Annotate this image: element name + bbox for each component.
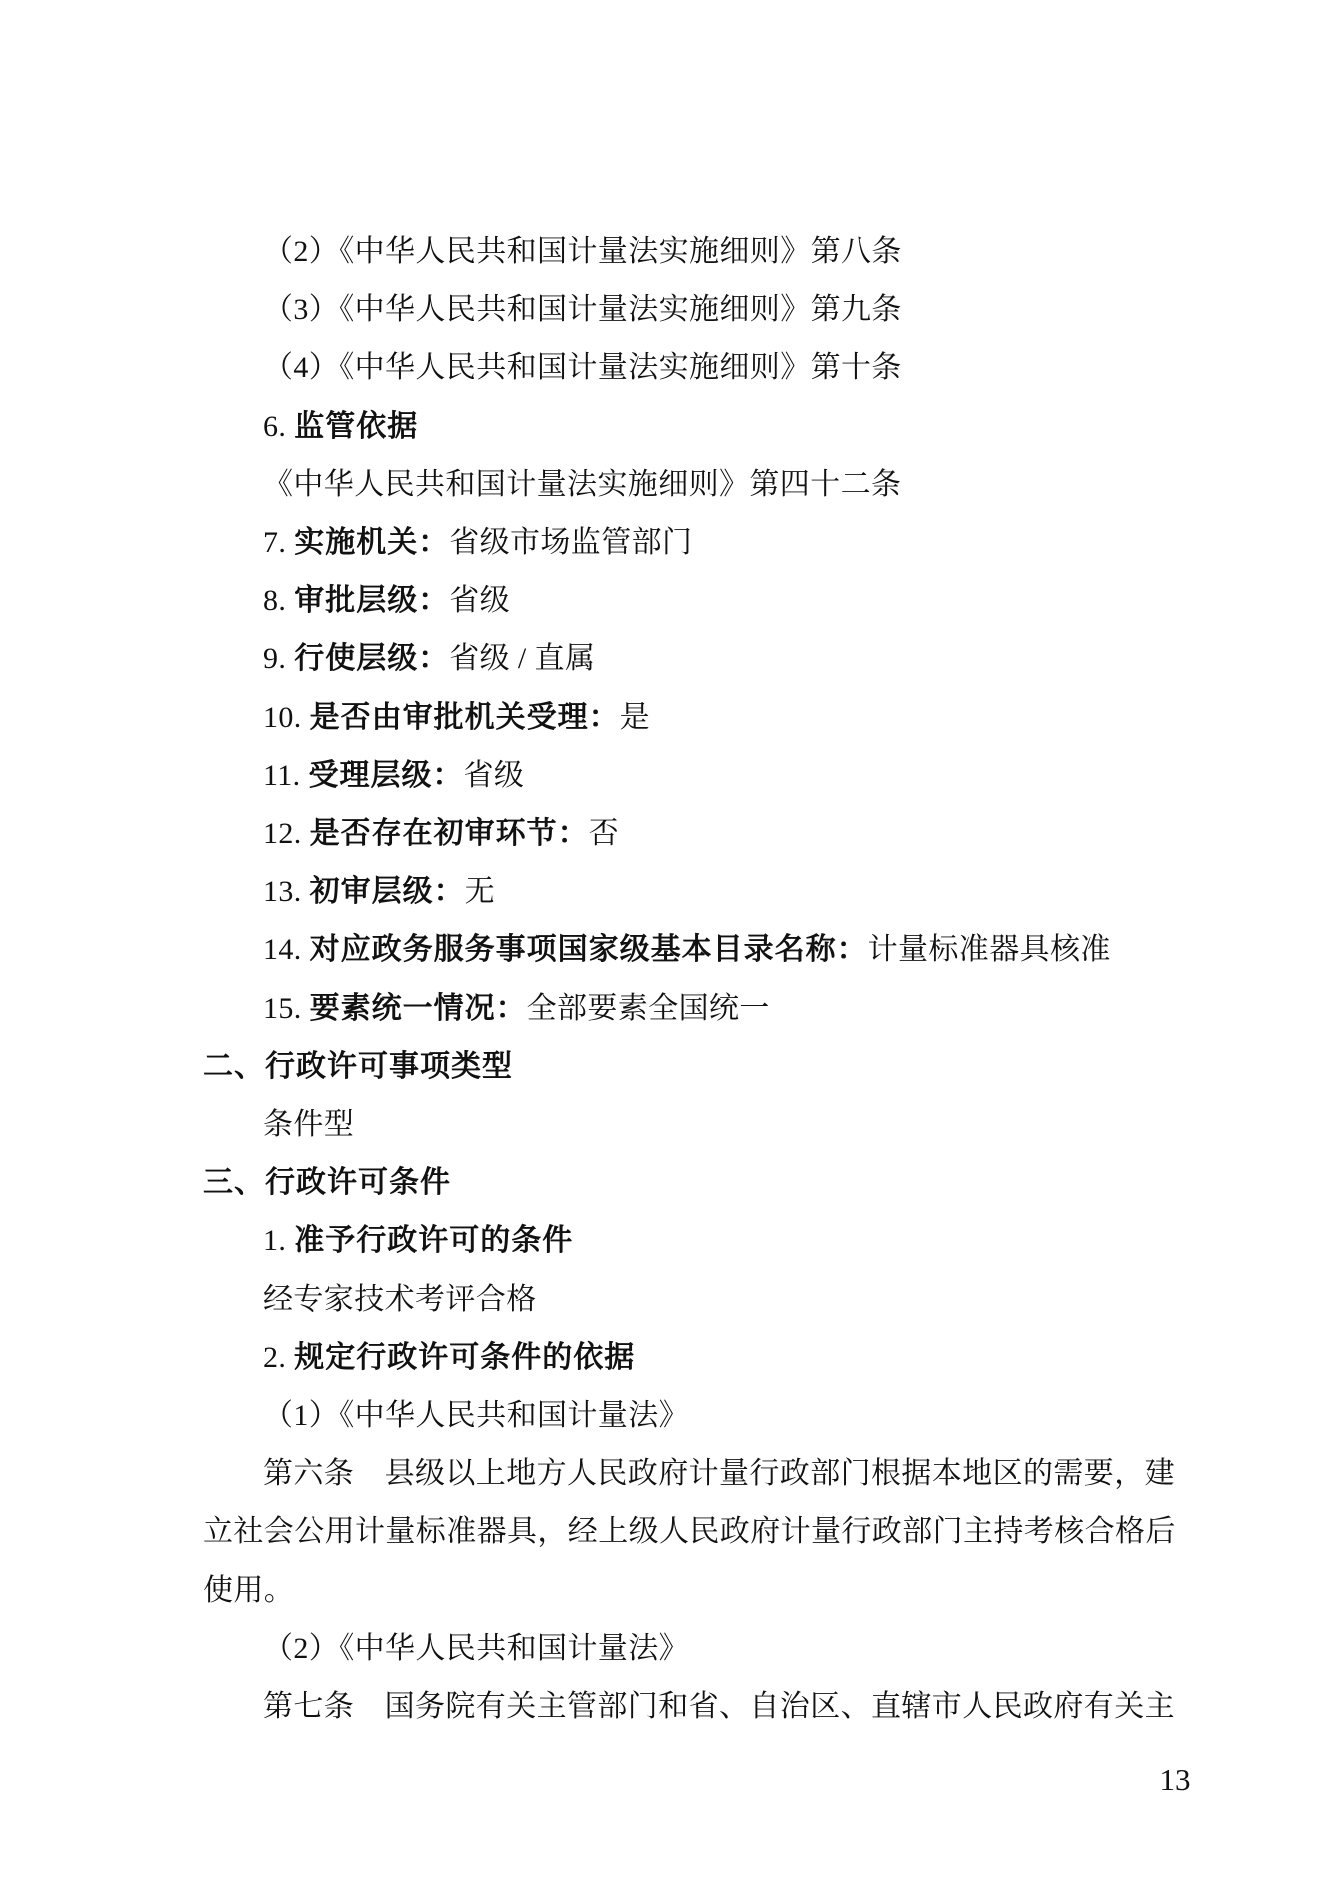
field-text: 计量标准器具核准 — [868, 933, 1111, 966]
field-num: 2. — [263, 1341, 294, 1374]
field-num: 13. — [263, 875, 310, 908]
ref-line: 《中华人民共和国计量法实施细则》第四十二条 — [263, 456, 901, 514]
field-line: 9. 行使层级：省级 / 直属 — [263, 630, 595, 688]
field-num: 14. — [263, 933, 310, 966]
ref-text: 《中华人民共和国计量法实施细则》第四十二条 — [263, 468, 901, 501]
field-label: 审批层级： — [294, 584, 449, 617]
field-text: 省级 / 直属 — [449, 642, 595, 675]
ref-text: （1）《中华人民共和国计量法》 — [263, 1399, 689, 1432]
field-num: 7. — [263, 526, 294, 559]
ref-text: （3）《中华人民共和国计量法实施细则》第九条 — [263, 293, 902, 326]
field-line: 10. 是否由审批机关受理：是 — [263, 689, 650, 747]
field-line: 11. 受理层级：省级 — [263, 747, 524, 805]
section-line: 二、行政许可事项类型 — [203, 1038, 513, 1096]
section-line: 三、行政许可条件 — [203, 1154, 451, 1212]
field-label: 是否由审批机关受理： — [310, 701, 620, 734]
field-label: 初审层级： — [310, 875, 465, 908]
field-text: 是 — [620, 701, 650, 734]
field-num: 8. — [263, 584, 294, 617]
ref-line: （2）《中华人民共和国计量法》 — [263, 1620, 689, 1678]
ref-line: （1）《中华人民共和国计量法》 — [263, 1387, 689, 1445]
paragraph-line: 第七条 国务院有关主管部门和省、自治区、直辖市人民政府有关主 — [263, 1678, 1175, 1736]
paragraph-text: 第六条 县级以上地方人民政府计量行政部门根据本地区的需要，建 — [263, 1457, 1175, 1490]
section-heading: 三、行政许可条件 — [203, 1166, 451, 1199]
field-text: 省级 — [449, 584, 510, 617]
field-line: 7. 实施机关：省级市场监管部门 — [263, 514, 692, 572]
ref-text: （2）《中华人民共和国计量法实施细则》第八条 — [263, 235, 902, 268]
document-page: （2）《中华人民共和国计量法实施细则》第八条（3）《中华人民共和国计量法实施细则… — [0, 0, 1339, 1890]
field-line: 14. 对应政务服务事项国家级基本目录名称：计量标准器具核准 — [263, 921, 1111, 979]
field-num: 6. — [263, 410, 294, 443]
field-num: 15. — [263, 992, 310, 1025]
field-text: 省级市场监管部门 — [449, 526, 692, 559]
field-label: 要素统一情况： — [310, 992, 527, 1025]
ref-text: （2）《中华人民共和国计量法》 — [263, 1632, 689, 1665]
field-num: 12. — [263, 817, 310, 850]
field-line: 13. 初审层级：无 — [263, 863, 495, 921]
paragraph-text: 经专家技术考评合格 — [263, 1283, 537, 1316]
paragraph-text: 使用。 — [203, 1574, 294, 1607]
field-num: 11. — [263, 759, 309, 792]
field-label: 对应政务服务事项国家级基本目录名称： — [310, 933, 868, 966]
field-line: 6. 监管依据 — [263, 398, 418, 456]
ref-line: （3）《中华人民共和国计量法实施细则》第九条 — [263, 281, 902, 339]
paragraph-line: 立社会公用计量标准器具，经上级人民政府计量行政部门主持考核合格后 — [203, 1503, 1176, 1561]
field-text: 无 — [465, 875, 495, 908]
field-label: 规定行政许可条件的依据 — [294, 1341, 635, 1374]
field-label: 实施机关： — [294, 526, 449, 559]
paragraph-line: 第六条 县级以上地方人民政府计量行政部门根据本地区的需要，建 — [263, 1445, 1175, 1503]
field-num: 10. — [263, 701, 310, 734]
field-line: 15. 要素统一情况：全部要素全国统一 — [263, 980, 770, 1038]
paragraph-line: 使用。 — [203, 1562, 294, 1620]
field-num: 9. — [263, 642, 294, 675]
paragraph-text: 条件型 — [263, 1108, 354, 1141]
page-number: 13 — [1140, 1751, 1210, 1809]
field-label: 受理层级： — [309, 759, 464, 792]
ref-text: （4）《中华人民共和国计量法实施细则》第十条 — [263, 351, 902, 384]
field-line: 2. 规定行政许可条件的依据 — [263, 1329, 635, 1387]
field-label: 行使层级： — [294, 642, 449, 675]
section-heading: 二、行政许可事项类型 — [203, 1050, 513, 1083]
field-text: 全部要素全国统一 — [527, 992, 770, 1025]
field-text: 否 — [589, 817, 619, 850]
field-line: 12. 是否存在初审环节：否 — [263, 805, 619, 863]
field-label: 监管依据 — [294, 410, 418, 443]
field-text: 省级 — [464, 759, 525, 792]
field-line: 8. 审批层级：省级 — [263, 572, 510, 630]
field-label: 是否存在初审环节： — [310, 817, 589, 850]
field-num: 1. — [263, 1224, 294, 1257]
paragraph-text: 第七条 国务院有关主管部门和省、自治区、直辖市人民政府有关主 — [263, 1690, 1175, 1723]
ref-line: （4）《中华人民共和国计量法实施细则》第十条 — [263, 339, 902, 397]
paragraph-line: 经专家技术考评合格 — [263, 1271, 537, 1329]
document-body: （2）《中华人民共和国计量法实施细则》第八条（3）《中华人民共和国计量法实施细则… — [0, 0, 1339, 1890]
paragraph-text: 立社会公用计量标准器具，经上级人民政府计量行政部门主持考核合格后 — [203, 1515, 1176, 1548]
field-label: 准予行政许可的条件 — [294, 1224, 573, 1257]
paragraph-line: 条件型 — [263, 1096, 354, 1154]
field-line: 1. 准予行政许可的条件 — [263, 1212, 573, 1270]
ref-line: （2）《中华人民共和国计量法实施细则》第八条 — [263, 223, 902, 281]
